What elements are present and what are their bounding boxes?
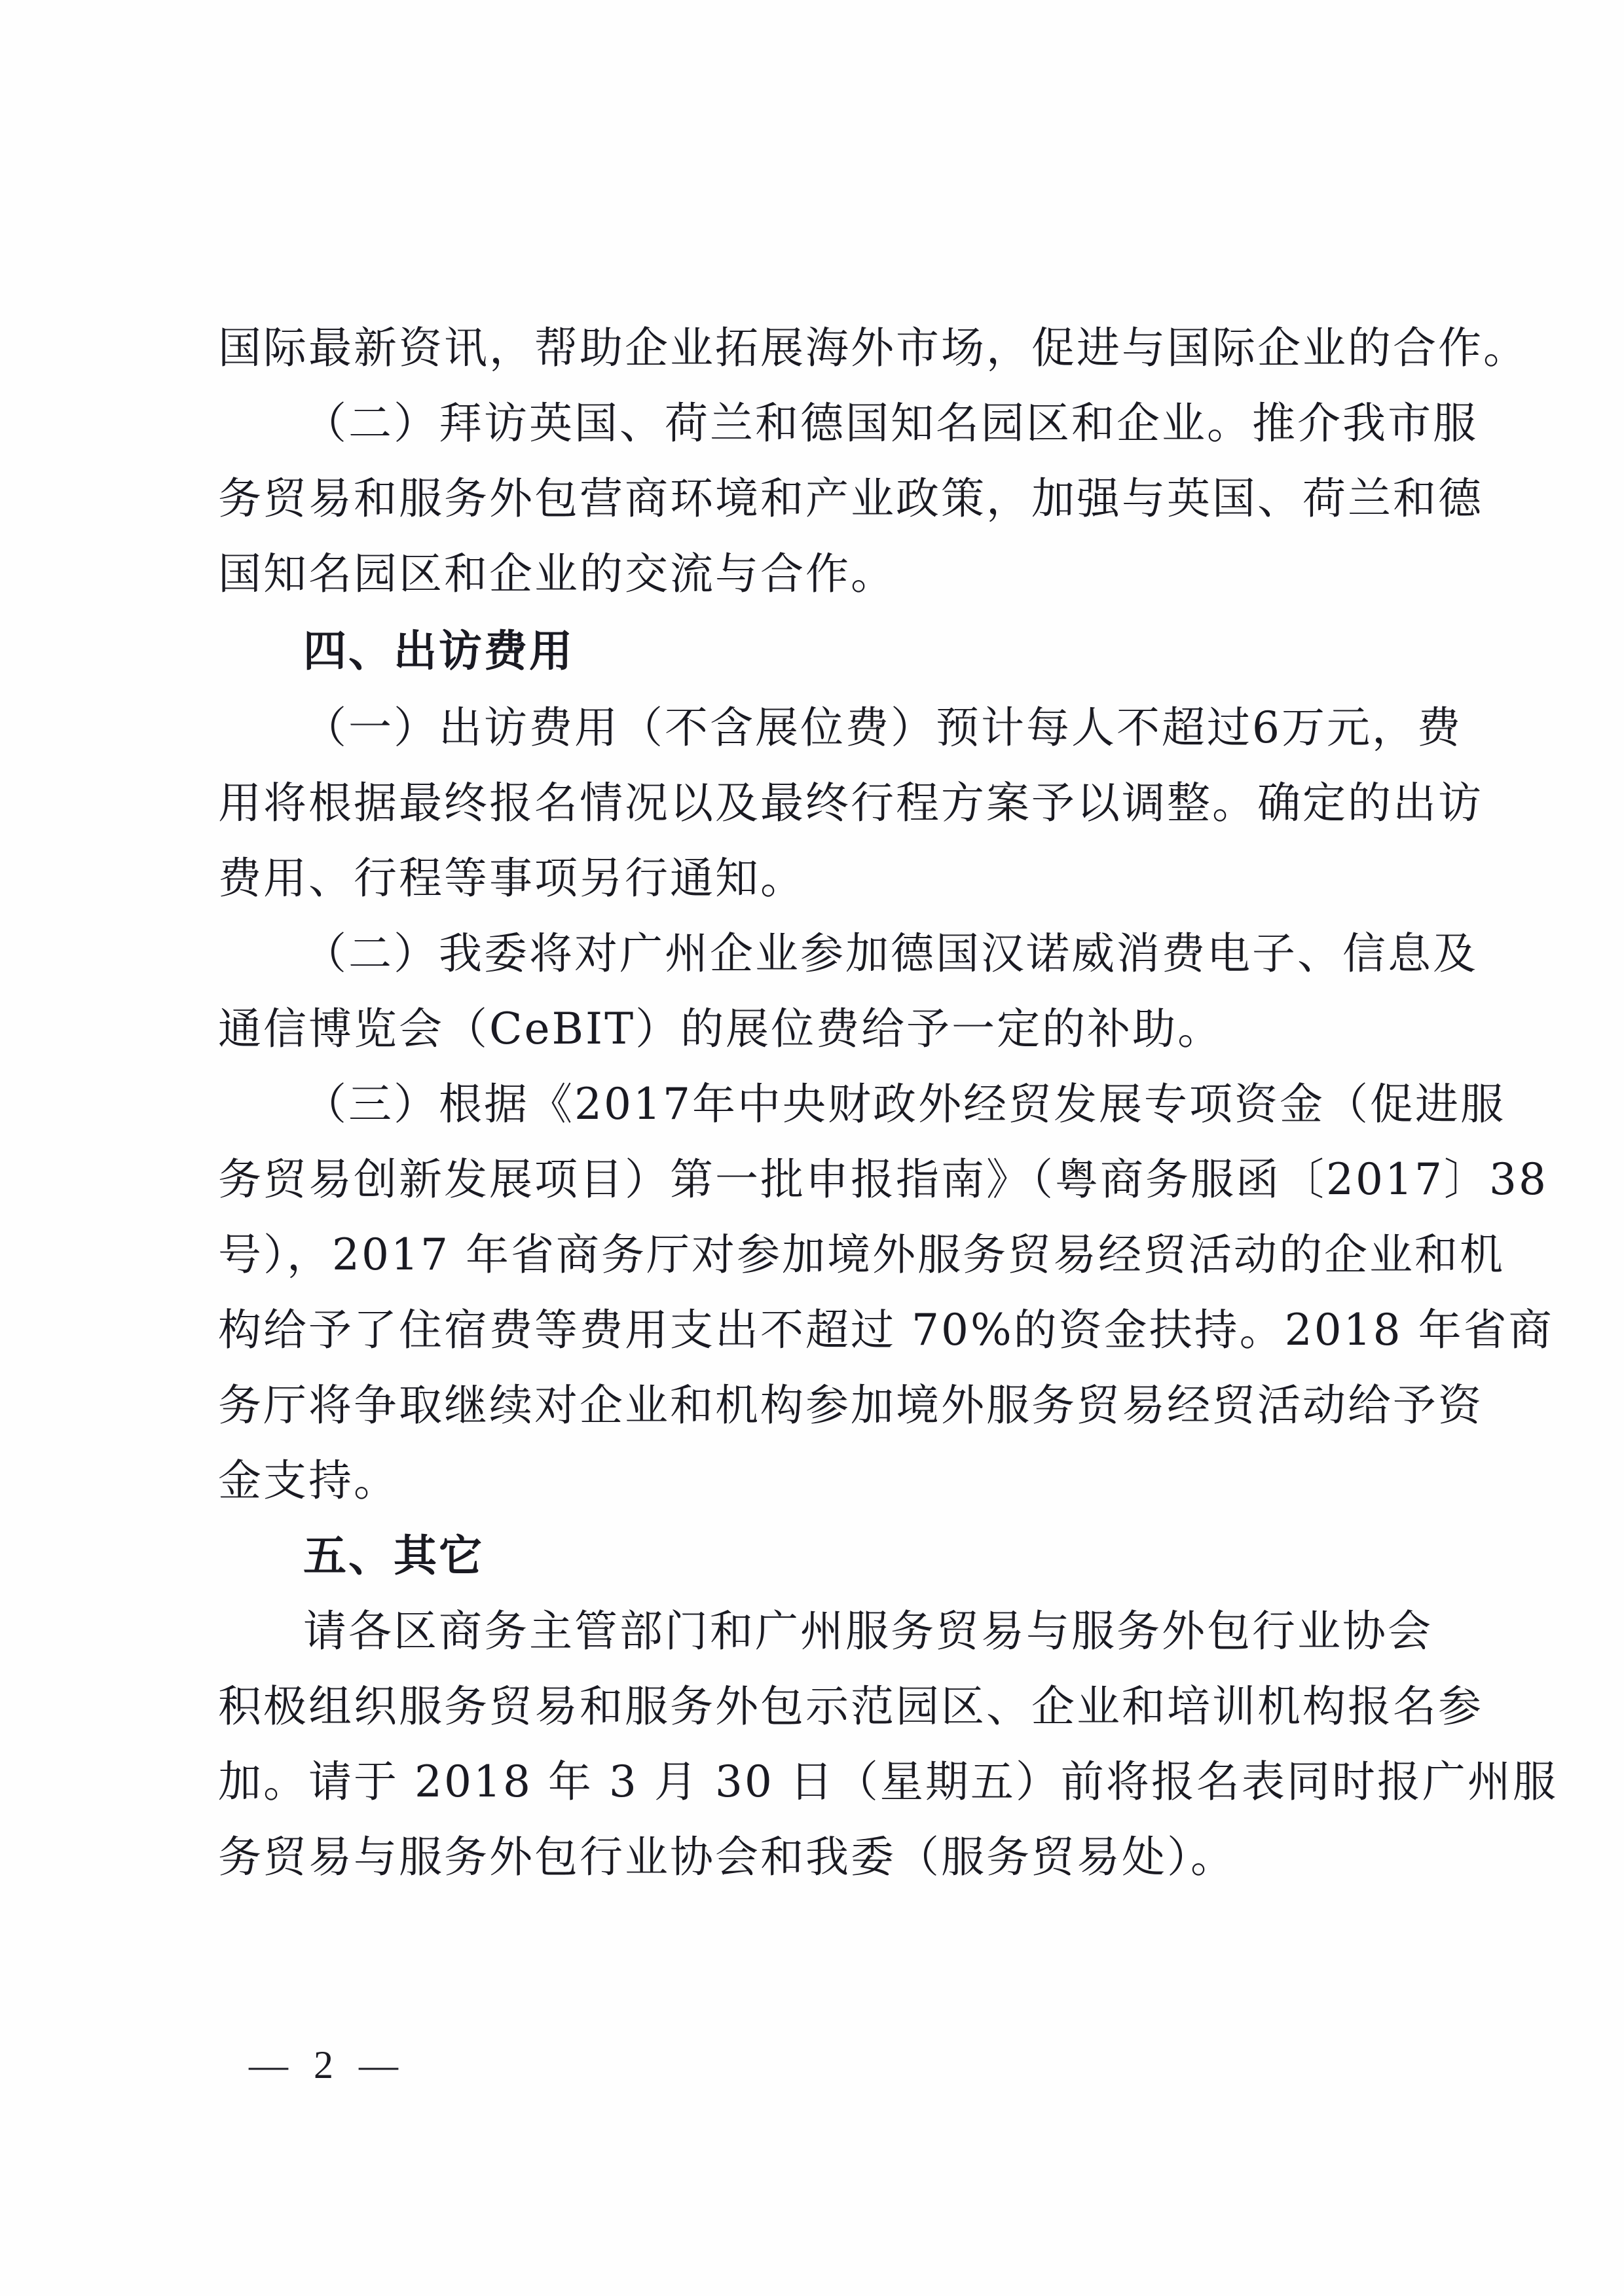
paragraph-line: 务厅将争取继续对企业和机构参加境外服务贸易经贸活动给予资 [218, 1376, 1416, 1435]
paragraph-line: 构给予了住宿费等费用支出不超过 70%的资金扶持。2018 年省商 [218, 1301, 1416, 1360]
paragraph-line: 务贸易与服务外包行业协会和我委（服务贸易处）。 [218, 1828, 1416, 1887]
section-heading-travel-costs: 四、出访费用 [303, 622, 1502, 681]
paragraph-line: （二）拜访英国、荷兰和德国知名园区和企业。推介我市服 [303, 394, 1416, 453]
paragraph-line: 加。请于 2018 年 3 月 30 日（星期五）前将报名表同时报广州服 [218, 1753, 1416, 1812]
paragraph-line: （一）出访费用（不含展位费）预计每人不超过6万元，费 [303, 699, 1416, 757]
paragraph-line: 费用、行程等事项另行通知。 [218, 849, 1416, 908]
paragraph-line: 通信博览会（CeBIT）的展位费给予一定的补助。 [218, 1000, 1416, 1059]
document-page: 国际最新资讯，帮助企业拓展海外市场，促进与国际企业的合作。 （二）拜访英国、荷兰… [0, 0, 1624, 2296]
paragraph-line: 务贸易和服务外包营商环境和产业政策，加强与英国、荷兰和德 [218, 469, 1416, 528]
paragraph-line: 号），2017 年省商务厅对参加境外服务贸易经贸活动的企业和机 [218, 1226, 1416, 1285]
paragraph-line: 务贸易创新发展项目）第一批申报指南》（粤商务服函〔2017〕38 [218, 1150, 1416, 1209]
paragraph-line: （二）我委将对广州企业参加德国汉诺威消费电子、信息及 [303, 924, 1416, 983]
paragraph-line: 国际最新资讯，帮助企业拓展海外市场，促进与国际企业的合作。 [218, 319, 1416, 378]
paragraph-line: （三）根据《2017年中央财政外经贸发展专项资金（促进服 [303, 1075, 1416, 1134]
paragraph-line: 用将根据最终报名情况以及最终行程方案予以调整。确定的出访 [218, 774, 1416, 833]
section-heading-other: 五、其它 [303, 1527, 1502, 1586]
page-number: — 2 — [249, 2043, 406, 2088]
paragraph-line: 国知名园区和企业的交流与合作。 [218, 545, 1416, 604]
paragraph-line: 积极组织服务贸易和服务外包示范园区、企业和培训机构报名参 [218, 1677, 1416, 1736]
paragraph-line: 金支持。 [218, 1451, 1416, 1510]
paragraph-line: 请各区商务主管部门和广州服务贸易与服务外包行业协会 [303, 1602, 1416, 1661]
